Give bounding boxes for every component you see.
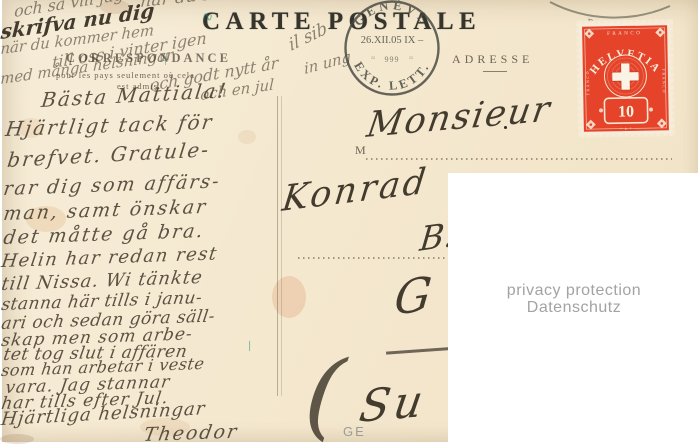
postmark-geneve: GENÈVE 26.XII.05 IX – 999 ≈ ≈ EXP. LETT.	[337, 0, 447, 103]
stamp-franco-top: FRANCO	[607, 31, 642, 37]
signature: Theodor	[142, 421, 240, 445]
privacy-watermark: privacy protection Datenschutz	[448, 283, 700, 317]
postmark-date: 26.XII.05 IX –	[361, 35, 424, 46]
ink-speck	[504, 126, 507, 129]
address-su: Su	[356, 375, 430, 433]
stamp-franco-left: FRANCO	[585, 70, 590, 95]
address-g-initial: G	[392, 266, 434, 326]
stamp-value: 10	[618, 103, 634, 120]
watermark-partial-ge: GE	[343, 424, 366, 439]
privacy-watermark-line1: privacy protection	[448, 283, 700, 300]
stamp-bottom-ticks: ▪ ▴ ▪	[620, 125, 632, 130]
address-dotted-line-1	[366, 158, 672, 160]
postmark-number: 999	[385, 55, 400, 64]
postmark-town: GENÈVE	[351, 0, 433, 29]
stamp-franco-right: FRANCO	[661, 69, 666, 94]
postmark-ornament: ≈	[371, 54, 375, 62]
privacy-watermark-line2: Datenschutz	[448, 300, 700, 317]
center-divider-line	[277, 96, 282, 396]
postmark-ornament: ≈	[409, 54, 413, 62]
postcard-photo: CARTE POSTALE ADRESSE CORRESPONDANCE pou…	[0, 0, 700, 445]
helvetia-stamp: FRANCO FRANCO FRANCO HELVETIA 10 ▪ ▴ ▪	[576, 19, 675, 138]
green-ink-speck: ∣	[164, 56, 167, 67]
postmark-exp-lett: EXP. LETT.	[351, 59, 433, 93]
adresse-underline	[483, 71, 507, 72]
green-ink-speck: ∣	[248, 340, 251, 353]
adresse-label: ADRESSE	[452, 52, 533, 67]
svg-text:EXP. LETT.: EXP. LETT.	[351, 59, 433, 93]
postmark-partial-arc	[550, 2, 670, 18]
privacy-overlay: privacy protection Datenschutz	[448, 173, 700, 445]
svg-text:GENÈVE: GENÈVE	[351, 0, 433, 29]
